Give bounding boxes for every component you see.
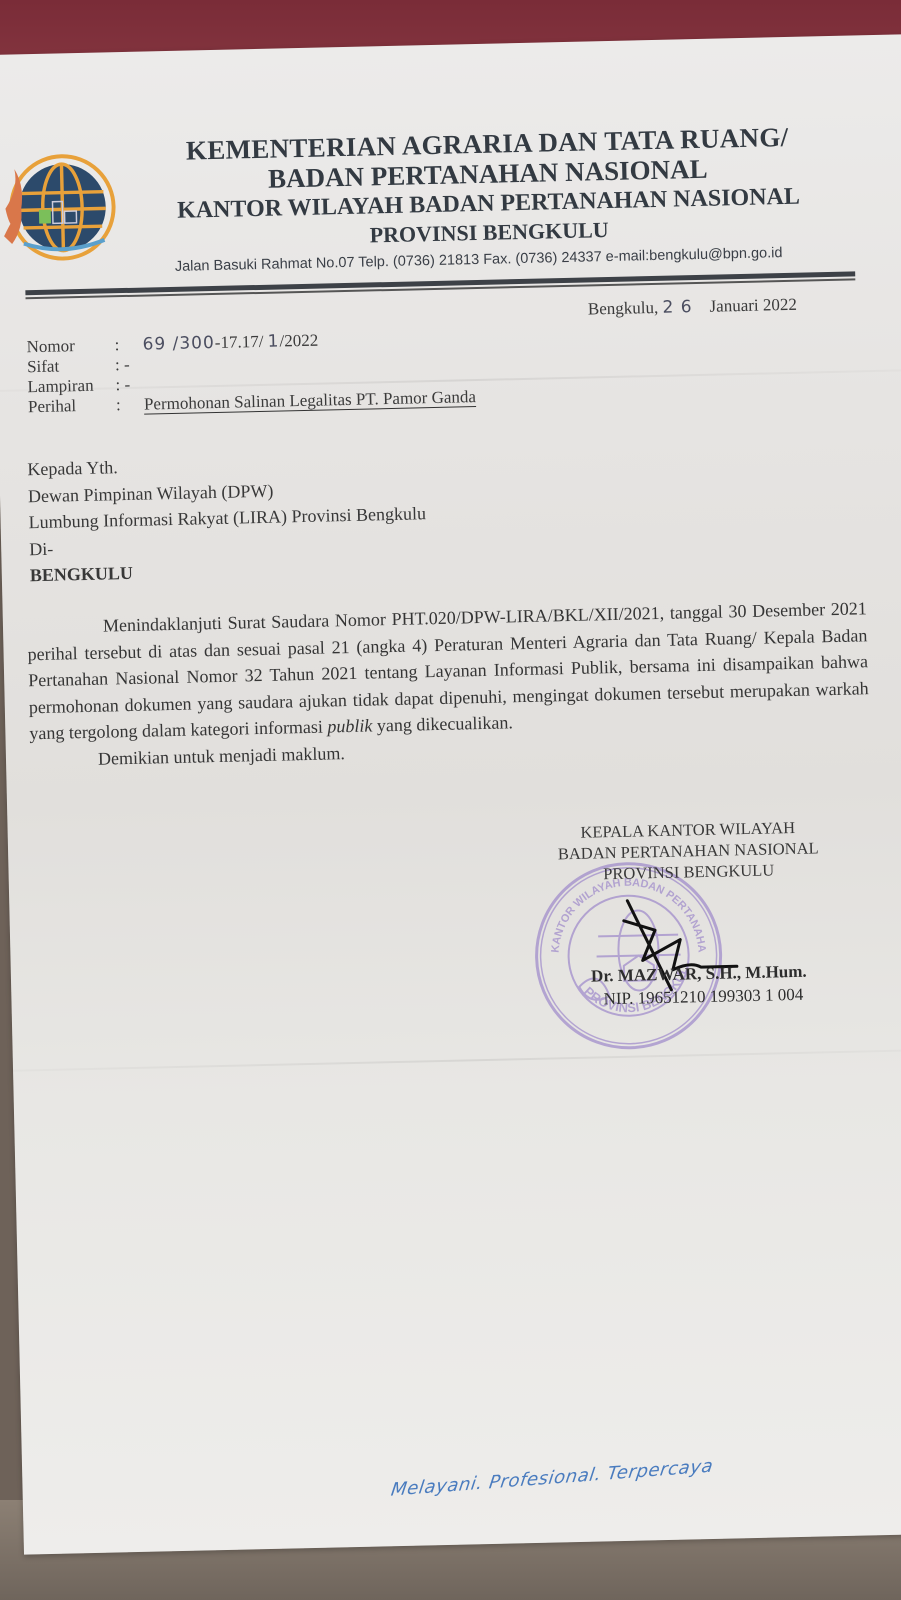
nomor-year: /2022 bbox=[279, 331, 318, 351]
signature-title: KEPALA KANTOR WILAYAH BADAN PERTANAHAN N… bbox=[528, 816, 849, 886]
body-paragraph: Menindaklanjuti Surat Saudara Nomor PHT.… bbox=[27, 595, 870, 747]
letterhead-rule bbox=[25, 271, 855, 295]
meta-label: Sifat bbox=[27, 355, 115, 377]
nomor-handwritten-month: 1 bbox=[267, 332, 279, 352]
meta-label: Perihal bbox=[28, 395, 116, 417]
addressee-block: Kepada Yth. Dewan Pimpinan Wilayah (DPW)… bbox=[27, 447, 427, 588]
meta-sep: : bbox=[116, 395, 144, 416]
footer-motto: Melayani. Profesional. Terpercaya bbox=[390, 1456, 715, 1501]
letter-paper: KEMENTERIAN AGRARIA DAN TATA RUANG/ BADA… bbox=[0, 34, 901, 1555]
meta-value: 69 /300-17.17/ 1/2022 bbox=[142, 331, 318, 355]
body-italic: publik bbox=[327, 715, 372, 736]
date-city: Bengkulu, bbox=[588, 298, 659, 319]
nomor-printed: -17.17/ bbox=[215, 332, 264, 352]
meta-sep: : - bbox=[115, 375, 143, 396]
date-day-handwritten: 2 6 bbox=[662, 297, 692, 318]
meta-sep: : bbox=[114, 335, 142, 356]
date-month-year: Januari 2022 bbox=[709, 295, 797, 316]
signatory-name: Dr. MAZWAR, S.H., M.Hum. bbox=[591, 962, 807, 987]
letterhead: KEMENTERIAN AGRARIA DAN TATA RUANG/ BADA… bbox=[122, 120, 854, 255]
meta-label: Nomor bbox=[26, 335, 114, 357]
letter-body: Menindaklanjuti Surat Saudara Nomor PHT.… bbox=[27, 595, 870, 773]
letter-date: Bengkulu, 2 6 Januari 2022 bbox=[588, 295, 797, 320]
letter-meta: Nomor : 69 /300-17.17/ 1/2022 Sifat : - … bbox=[26, 327, 476, 417]
body-end-text: yang dikecualikan. bbox=[372, 712, 513, 735]
bpn-logo-icon bbox=[0, 147, 121, 268]
paper-fold bbox=[13, 1049, 901, 1072]
nomor-handwritten: 69 /300 bbox=[142, 333, 215, 355]
meta-label: Lampiran bbox=[27, 375, 115, 397]
meta-sep: : - bbox=[115, 355, 143, 376]
signatory-nip: NIP. 19651210 199303 1 004 bbox=[603, 985, 803, 1010]
